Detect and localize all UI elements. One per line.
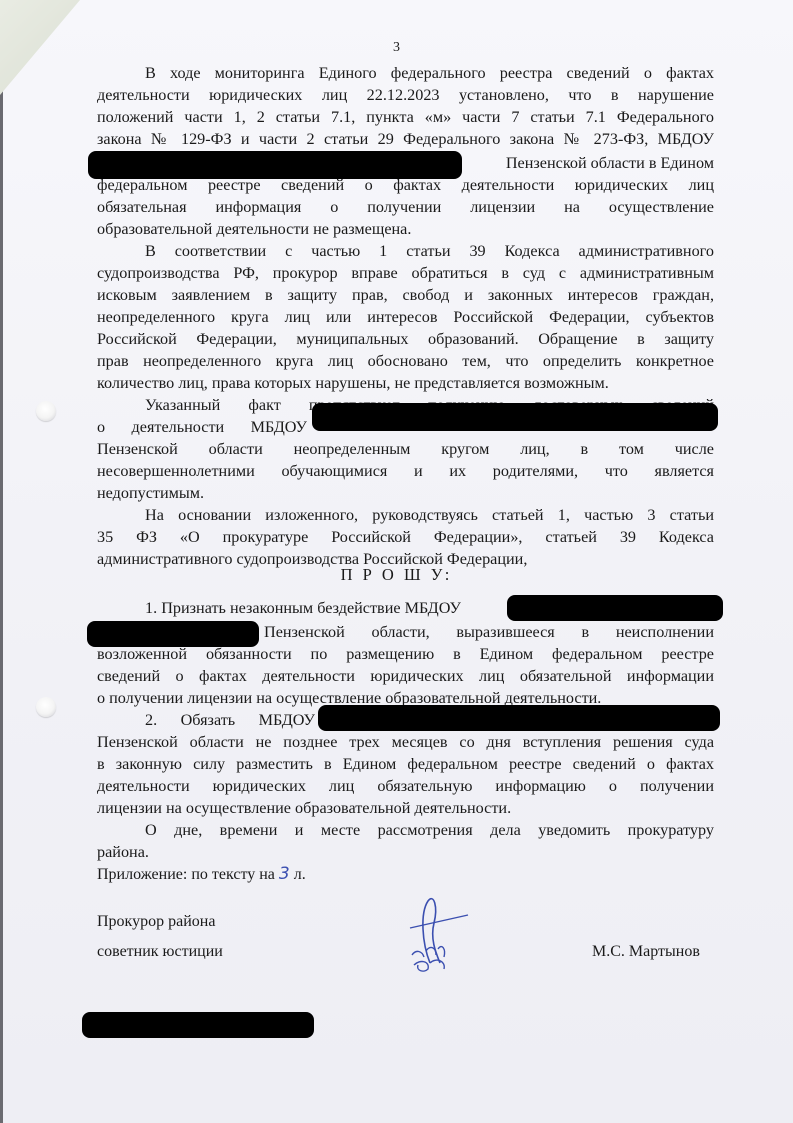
request-item-2-line-5: лицензии на осуществление образовательно… [97,797,714,819]
paragraph-2-line-3: исковым заявлением в защиту прав, свобод… [97,284,714,306]
paragraph-4-line-1: На основании изложенного, руководствуясь… [145,504,714,526]
paragraph-3-line-4: несовершеннолетними обучающимися и их ро… [97,460,714,482]
attachment-count: 3 [279,864,290,884]
request-heading: П Р О Ш У: [0,565,793,585]
signatory-position: Прокурор района [97,911,215,933]
paragraph-3-line-3: Пензенской области неопределенным кругом… [97,438,714,460]
scanned-page: 3 В ходе мониторинга Единого федеральног… [0,0,793,1123]
paragraph-1-line-2: деятельности юридических лиц 22.12.2023 … [97,84,714,106]
request-item-1-line-2: Пензенской области, выразившееся в неисп… [264,621,714,643]
paragraph-1-line-5: Пензенской области в Едином [466,152,714,174]
paragraph-1-line-1: В ходе мониторинга Единого федерального … [145,62,714,84]
paragraph-2-line-4: неопределенного круга лиц или интересов … [97,306,714,328]
paragraph-2-line-2: судопроизводства РФ, прокурор вправе обр… [97,262,714,284]
paragraph-2-line-1: В соответствии с частью 1 статьи 39 Коде… [145,240,714,262]
redaction-block [318,705,720,731]
paragraph-1-line-4: закона № 129-ФЗ и части 2 статьи 29 Феде… [97,128,714,150]
signatory-name: М.С. Мартынов [592,941,700,963]
redaction-block [312,403,718,431]
redaction-block [507,595,723,621]
paragraph-3-line-2: о деятельности МБДОУ [97,416,307,438]
paragraph-2-line-7: количество лиц, права которых нарушены, … [97,372,714,394]
paragraph-1-line-8: образовательной деятельности не размещен… [97,218,714,240]
paragraph-5-line-2: района. [97,841,714,863]
request-item-1-line-3: возложенной обязанности по размещению в … [97,643,714,665]
paragraph-1-line-6: федеральном реестре сведений о фактах де… [97,174,714,196]
paragraph-5-line-1: О дне, времени и месте рассмотрения дела… [145,819,714,841]
punch-hole-top [36,401,56,421]
page-number: 3 [0,40,793,56]
request-item-2-line-1: 2. Обязать МБДОУ [145,709,315,731]
scan-edge [0,0,3,1123]
paragraph-4-line-2: 35 ФЗ «О прокуратуре Российской Федераци… [97,526,714,548]
request-item-2-line-4: деятельности юридических лиц обязательну… [97,775,714,797]
signatory-rank: советник юстиции [97,941,223,963]
redaction-block [82,1012,314,1038]
request-item-1-line-4: сведений о фактах деятельности юридическ… [97,665,714,687]
paragraph-2-line-6: прав неопределенного круга лиц обоснован… [97,350,714,372]
request-item-2-line-2: Пензенской области не позднее трех месяц… [97,731,714,753]
paragraph-3-line-5: недопустимым. [97,482,714,504]
attachment-line: Приложение: по тексту на 3 л. [97,863,306,886]
request-item-2-line-3: в законную силу разместить в Едином феде… [97,753,714,775]
punch-hole-bottom [36,697,56,717]
attachment-prefix: Приложение: по тексту на [97,866,275,883]
paragraph-1-line-3: положений части 1, 2 статьи 7.1, пункта … [97,106,714,128]
paragraph-2-line-5: Российской Федерации, муниципальных обра… [97,328,714,350]
handwritten-signature-icon [400,893,470,973]
attachment-suffix: л. [294,866,306,883]
paragraph-1-line-7: обязательная информация о получении лице… [97,196,714,218]
